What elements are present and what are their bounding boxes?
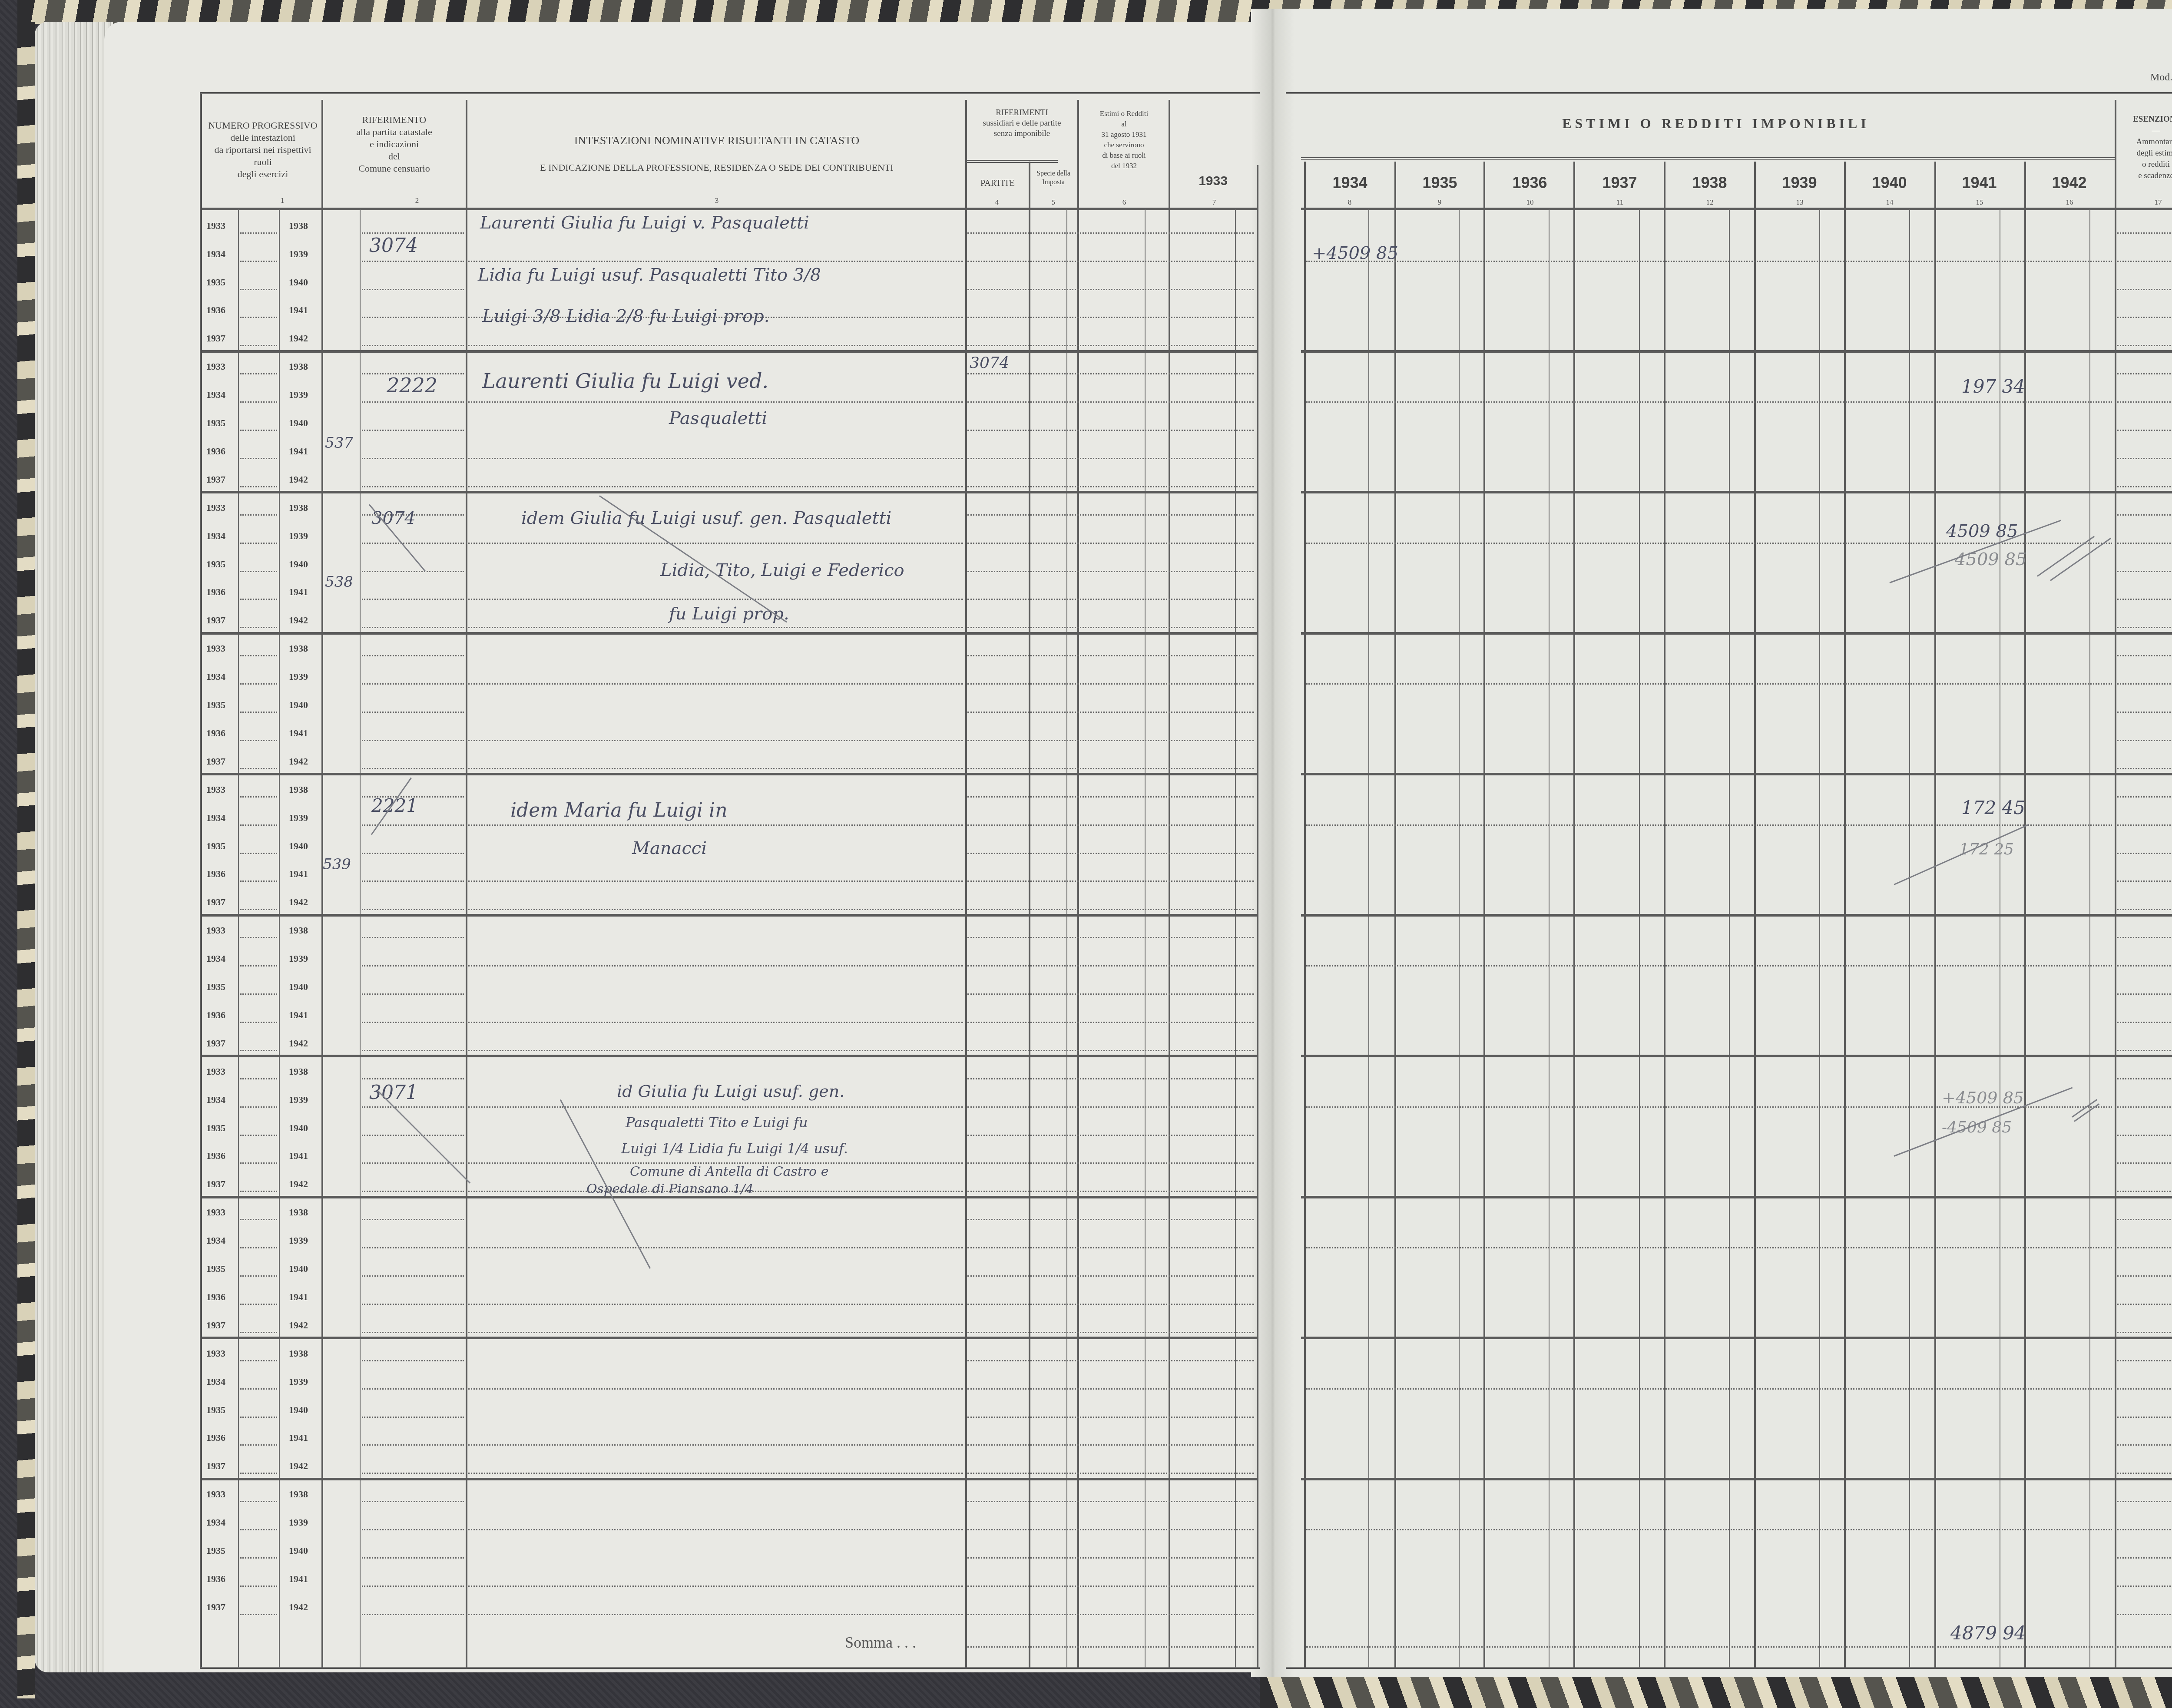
dotted-rule <box>1306 965 2112 967</box>
block-separator <box>1301 914 2172 917</box>
dotted-rule <box>967 683 1254 685</box>
dotted-rule <box>362 543 464 544</box>
dotted-rule <box>240 1247 277 1248</box>
dotted-rule <box>468 1022 963 1023</box>
dotted-rule <box>967 1586 1254 1587</box>
dotted-rule <box>967 768 1254 769</box>
header-col45-title: RIFERIMENTI <box>967 108 1077 118</box>
dotted-rule <box>2117 1388 2172 1390</box>
dotted-rule <box>2117 880 2172 882</box>
dotted-rule <box>2117 1417 2172 1418</box>
header-col2-line: e indicazioni <box>324 138 465 150</box>
dotted-rule <box>362 317 464 318</box>
dotted-rule <box>362 1614 464 1615</box>
year-label: 1938 <box>289 784 308 795</box>
col-subdivider <box>279 209 280 1668</box>
dotted-rule <box>2117 317 2172 318</box>
year-label: 1941 <box>289 1573 308 1585</box>
dotted-rule <box>2117 965 2172 967</box>
year-label: 1941 <box>289 586 308 598</box>
cents-divider <box>2000 209 2000 1668</box>
header-col1-line: delle intestazioni <box>204 132 321 144</box>
block-separator <box>202 350 1258 353</box>
dotted-rule <box>1306 824 2112 826</box>
dotted-rule <box>362 401 464 403</box>
dotted-rule <box>2117 1586 2172 1587</box>
year-label: 1933 <box>206 784 225 795</box>
block-separator <box>1301 1055 2172 1057</box>
header-col2-line: alla partita catastale <box>324 126 465 138</box>
dotted-rule <box>967 1050 1254 1051</box>
dotted-rule <box>468 1050 963 1051</box>
entry-7-ref: 3071 <box>369 1082 418 1104</box>
dotted-rule <box>240 571 277 572</box>
year-label: 1933 <box>206 1348 225 1359</box>
dotted-rule <box>362 1135 464 1136</box>
dotted-rule <box>967 1247 1254 1248</box>
dotted-rule <box>1306 1529 2112 1530</box>
year-header: 1941 <box>1935 174 2024 192</box>
entry-2-ref: 2222 <box>387 374 437 397</box>
cents-divider <box>1368 209 1369 1668</box>
header-col1: NUMERO PROGRESSIVO delle intestazioni da… <box>204 119 321 180</box>
dotted-rule <box>468 599 963 600</box>
year-label: 1942 <box>289 1038 308 1049</box>
dotted-rule <box>2117 1275 2172 1277</box>
dotted-rule <box>967 965 1254 967</box>
dotted-rule <box>2117 1106 2172 1108</box>
year-label: 1939 <box>289 1517 308 1528</box>
year-label: 1940 <box>289 699 308 711</box>
dotted-rule <box>362 909 464 910</box>
entry-3-progressive: 538 <box>325 573 353 591</box>
header-col4: PARTITE <box>967 177 1029 189</box>
year-label: 1934 <box>206 671 225 682</box>
entry-5-name-line: idem Maria fu Luigi in <box>510 799 727 821</box>
block-separator <box>202 1055 1258 1057</box>
header-col1-title: NUMERO PROGRESSIVO <box>204 119 321 132</box>
dotted-rule <box>240 599 277 600</box>
dotted-rule <box>240 1191 277 1192</box>
dotted-rule <box>967 712 1254 713</box>
dotted-rule <box>240 514 277 516</box>
year-label: 1940 <box>289 841 308 852</box>
dotted-rule <box>240 993 277 995</box>
year-label: 1933 <box>206 502 225 513</box>
dotted-rule <box>468 1444 963 1446</box>
dotted-rule <box>240 1050 277 1051</box>
dotted-rule <box>362 1106 464 1108</box>
entry-7-name-line: Luigi 1/4 Lidia fu Luigi 1/4 usuf. <box>621 1140 848 1157</box>
year-label: 1936 <box>206 586 225 598</box>
year-label: 1942 <box>289 1320 308 1331</box>
dotted-rule <box>2117 1050 2172 1051</box>
header-col5: Specie della Imposta <box>1030 169 1076 187</box>
block-separator <box>1301 632 2172 635</box>
dotted-rule <box>240 1388 277 1390</box>
dotted-rule <box>2117 1360 2172 1361</box>
cents-divider <box>2089 209 2090 1668</box>
year-label: 1941 <box>289 1150 308 1162</box>
dotted-rule <box>967 232 1254 234</box>
dotted-rule <box>967 599 1254 600</box>
column-number: 3 <box>712 196 721 205</box>
dotted-rule <box>240 880 277 882</box>
header-col1-line: degli esercizi <box>204 168 321 180</box>
dotted-rule <box>468 1529 963 1530</box>
dotted-rule <box>362 1219 464 1220</box>
dotted-rule <box>967 571 1254 572</box>
year-label: 1939 <box>289 953 308 964</box>
header-col17-line: degli estimi <box>2116 148 2172 159</box>
dotted-rule <box>240 1332 277 1333</box>
dotted-rule <box>1306 401 2112 403</box>
block-separator <box>1301 491 2172 493</box>
year-label: 1935 <box>206 277 225 288</box>
dotted-rule <box>468 880 963 882</box>
dotted-rule <box>362 1332 464 1333</box>
dotted-rule <box>240 1586 277 1587</box>
year-label: 1935 <box>206 1404 225 1416</box>
year-header: 1935 <box>1395 174 1484 192</box>
dotted-rule <box>967 1191 1254 1192</box>
col-divider <box>1257 165 1258 1668</box>
year-label: 1941 <box>289 868 308 880</box>
header-col2-line: del <box>324 150 465 162</box>
dotted-rule <box>967 1473 1254 1474</box>
dotted-rule <box>967 373 1254 374</box>
dotted-rule <box>2117 1444 2172 1446</box>
dotted-rule <box>362 880 464 882</box>
dotted-rule <box>2117 824 2172 826</box>
dotted-rule <box>240 486 277 487</box>
entry-2-partite: 3074 <box>970 354 1010 372</box>
dotted-rule <box>967 853 1254 854</box>
dotted-rule <box>967 1106 1254 1108</box>
dotted-rule <box>362 965 464 967</box>
dotted-rule <box>362 571 464 572</box>
block-separator <box>1301 350 2172 353</box>
year-label: 1937 <box>206 897 225 908</box>
year-label: 1935 <box>206 841 225 852</box>
year-label: 1942 <box>289 756 308 767</box>
dotted-rule <box>240 1135 277 1136</box>
dotted-rule <box>240 1529 277 1530</box>
marbled-edge-bottom <box>1260 1677 2172 1708</box>
year-label: 1941 <box>289 305 308 316</box>
dotted-rule <box>967 401 1254 403</box>
dotted-rule <box>362 1275 464 1277</box>
dotted-rule <box>2117 1304 2172 1305</box>
col-divider <box>1077 100 1079 1668</box>
dotted-rule <box>2117 571 2172 572</box>
year-label: 1940 <box>289 1545 308 1556</box>
header-col6-title: Estimi o Redditi <box>1079 109 1169 119</box>
dotted-rule <box>468 1247 963 1248</box>
entry-1-value-1934: +4509 85 <box>1312 243 1398 263</box>
year-label: 1940 <box>289 981 308 993</box>
year-header: 1937 <box>1575 174 1664 192</box>
header-col2-line: Comune censuario <box>324 162 465 175</box>
col-divider <box>466 100 467 1668</box>
dotted-rule <box>240 1501 277 1502</box>
dotted-rule <box>468 1106 963 1108</box>
dotted-rule <box>468 401 963 403</box>
dotted-rule <box>240 458 277 459</box>
dotted-rule <box>2117 1162 2172 1164</box>
year-label: 1933 <box>206 361 225 372</box>
year-label: 1937 <box>206 1602 225 1613</box>
dotted-rule <box>362 1473 464 1474</box>
dotted-rule <box>967 740 1254 741</box>
dotted-rule <box>2117 853 2172 854</box>
page-stack-left <box>35 22 113 1672</box>
dotted-rule <box>362 655 464 656</box>
cents-divider <box>1909 209 1910 1668</box>
dotted-rule <box>1306 261 2112 262</box>
dotted-rule <box>468 458 963 459</box>
year-label: 1939 <box>289 1094 308 1106</box>
dotted-rule <box>2117 1078 2172 1079</box>
dotted-rule <box>967 430 1254 431</box>
header-col6-line: 31 agosto 1931 <box>1079 129 1169 140</box>
header-col17: ESENZIONI — Ammontare degli estimi o red… <box>2116 114 2172 182</box>
dotted-rule <box>362 627 464 628</box>
dotted-rule <box>240 289 277 290</box>
column-number: 12 <box>1703 198 1716 207</box>
year-label: 1936 <box>206 868 225 880</box>
dotted-rule <box>362 486 464 487</box>
year-header: 1938 <box>1665 174 1754 192</box>
dotted-rule <box>967 1388 1254 1390</box>
dotted-rule <box>468 1614 963 1615</box>
year-label: 1940 <box>289 1404 308 1416</box>
header-col17-title: ESENZIONI <box>2116 114 2172 125</box>
dotted-rule <box>468 1304 963 1305</box>
year-label: 1942 <box>289 333 308 344</box>
year-label: 1938 <box>289 925 308 936</box>
entry-2-name-line: Pasqualetti <box>669 408 767 428</box>
header-col45: RIFERIMENTI sussidiari e delle partite s… <box>967 108 1077 139</box>
dotted-rule <box>2117 599 2172 600</box>
year-header: 1939 <box>1755 174 1844 192</box>
dotted-rule <box>2117 1614 2172 1615</box>
dotted-rule <box>468 1388 963 1390</box>
dotted-rule <box>468 1473 963 1474</box>
year-label: 1934 <box>206 530 225 542</box>
dotted-rule <box>967 880 1254 882</box>
year-label: 1936 <box>206 1573 225 1585</box>
dotted-rule <box>2117 543 2172 544</box>
year-label: 1933 <box>206 1207 225 1218</box>
entry-3-value-1941: 4509 85 <box>1946 521 2018 541</box>
dotted-rule <box>240 1360 277 1361</box>
year-label: 1937 <box>206 615 225 626</box>
dotted-rule <box>468 543 963 544</box>
year-label: 1935 <box>206 1263 225 1274</box>
dotted-rule <box>362 1360 464 1361</box>
year-label: 1942 <box>289 1460 308 1472</box>
somma-rule <box>967 1646 1254 1648</box>
year-label: 1936 <box>206 1291 225 1303</box>
year-label: 1934 <box>206 1094 225 1106</box>
column-number: 4 <box>993 198 1001 207</box>
year-label: 1934 <box>206 389 225 401</box>
header-col6-line: del 1932 <box>1079 161 1169 171</box>
dotted-rule <box>967 1078 1254 1079</box>
dotted-rule <box>1306 1247 2112 1248</box>
dotted-rule <box>240 1022 277 1023</box>
block-separator <box>202 1337 1258 1339</box>
dotted-rule <box>240 232 277 234</box>
dotted-rule <box>240 373 277 374</box>
block-separator <box>1301 773 2172 775</box>
year-label: 1937 <box>206 333 225 344</box>
entry-2-progressive: 537 <box>325 434 353 452</box>
header-col6-line: che servirono <box>1079 140 1169 150</box>
year-label: 1936 <box>206 1010 225 1021</box>
header-col17-line: Ammontare <box>2116 136 2172 148</box>
dotted-rule <box>362 993 464 995</box>
entry-5-value-1941: 172 45 <box>1961 797 2025 818</box>
dotted-rule <box>240 683 277 685</box>
column-number: 1 <box>278 196 287 205</box>
entry-3-ref: 3074 <box>371 508 416 528</box>
header-col3-title: INTESTAZIONI NOMINATIVE RISULTANTI IN CA… <box>469 135 964 147</box>
dotted-rule <box>2117 937 2172 938</box>
year-label: 1942 <box>289 474 308 485</box>
year-label: 1940 <box>289 277 308 288</box>
year-label: 1941 <box>289 1432 308 1443</box>
entry-7-name-line: id Giulia fu Luigi usuf. gen. <box>617 1082 844 1101</box>
dotted-rule <box>2117 458 2172 459</box>
column-number: 13 <box>1793 198 1806 207</box>
dotted-rule <box>240 909 277 910</box>
entry-1-ref: 3074 <box>369 235 418 257</box>
header-col3-subtitle: E INDICAZIONE DELLA PROFESSIONE, RESIDEN… <box>469 162 964 174</box>
entry-1-name-line: Luigi 3/8 Lidia 2/8 fu Luigi prop. <box>482 306 769 326</box>
year-label: 1935 <box>206 1122 225 1134</box>
year-label: 1938 <box>289 502 308 513</box>
header-col1-line: da riportarsi nei rispettivi ruoli <box>204 144 321 168</box>
year-header: 1940 <box>1845 174 1934 192</box>
block-separator <box>1301 1337 2172 1339</box>
dotted-rule <box>967 796 1254 798</box>
year-label: 1941 <box>289 446 308 457</box>
dotted-rule <box>967 1444 1254 1446</box>
somma-rule <box>1306 1646 2172 1648</box>
year-label: 1937 <box>206 1038 225 1049</box>
dotted-rule <box>2117 1529 2172 1530</box>
dotted-rule <box>240 740 277 741</box>
year-label: 1939 <box>289 1376 308 1387</box>
col-subdivider <box>1235 209 1236 1668</box>
dotted-rule <box>362 1050 464 1051</box>
dotted-rule <box>362 345 464 346</box>
column-number: 10 <box>1523 198 1536 207</box>
column-number: 7 <box>1210 198 1218 207</box>
year-label: 1939 <box>289 812 308 824</box>
dotted-rule <box>240 627 277 628</box>
year-label: 1941 <box>289 728 308 739</box>
year-label: 1938 <box>289 220 308 232</box>
year-label: 1940 <box>289 417 308 429</box>
dotted-rule <box>240 655 277 656</box>
dotted-rule <box>468 909 963 910</box>
dotted-rule <box>240 1473 277 1474</box>
header-rule-right <box>1301 208 2172 210</box>
year-label: 1935 <box>206 559 225 570</box>
entry-5-name-line: Manacci <box>632 838 707 858</box>
col-subdivider <box>360 209 361 1668</box>
entry-3-name-line: idem Giulia fu Luigi usuf. gen. Pasquale… <box>521 508 891 528</box>
dotted-rule <box>362 853 464 854</box>
somma-label: Somma . . . <box>845 1633 916 1652</box>
year-label: 1935 <box>206 699 225 711</box>
dotted-rule <box>362 1501 464 1502</box>
dotted-rule <box>240 1557 277 1559</box>
year-label: 1935 <box>206 1545 225 1556</box>
year-label: 1936 <box>206 1432 225 1443</box>
dotted-rule <box>967 1360 1254 1361</box>
dotted-rule <box>362 1078 464 1079</box>
dotted-rule <box>240 1078 277 1079</box>
year-label: 1942 <box>289 1602 308 1613</box>
dotted-rule <box>967 317 1254 318</box>
dotted-rule <box>362 261 464 262</box>
dotted-rule <box>468 740 963 741</box>
year-header: 1934 <box>1305 174 1394 192</box>
year-label: 1933 <box>206 1066 225 1077</box>
year-header: 1936 <box>1485 174 1574 192</box>
column-number: 8 <box>1345 198 1354 207</box>
column-number: 6 <box>1120 198 1129 207</box>
column-number: 14 <box>1883 198 1896 207</box>
col-divider <box>321 100 323 1668</box>
year-label: 1938 <box>289 1066 308 1077</box>
entry-7-name-line: Comune di Antella di Castro e <box>630 1164 828 1179</box>
dotted-rule <box>967 486 1254 487</box>
year-label: 1934 <box>206 953 225 964</box>
block-separator <box>1301 1478 2172 1480</box>
dotted-rule <box>240 796 277 798</box>
year-header-1933: 1933 <box>1171 174 1255 189</box>
year-label: 1937 <box>206 474 225 485</box>
dotted-rule <box>240 712 277 713</box>
dotted-rule <box>240 965 277 967</box>
dotted-rule <box>362 1444 464 1446</box>
dotted-rule <box>362 768 464 769</box>
dotted-rule <box>967 345 1254 346</box>
dotted-rule <box>468 486 963 487</box>
dotted-rule <box>2117 401 2172 403</box>
dotted-rule <box>967 1501 1254 1502</box>
dotted-rule <box>362 1417 464 1418</box>
dotted-rule <box>2117 740 2172 741</box>
year-label: 1936 <box>206 305 225 316</box>
dotted-rule <box>967 1557 1254 1559</box>
marbled-edge-left <box>17 22 35 1698</box>
year-label: 1936 <box>206 1150 225 1162</box>
dotted-rule <box>967 514 1254 516</box>
year-label: 1938 <box>289 643 308 654</box>
year-label: 1939 <box>289 248 308 260</box>
col-subdivider <box>238 209 239 1668</box>
year-label: 1939 <box>289 530 308 542</box>
year-label: 1936 <box>206 728 225 739</box>
dotted-rule <box>2117 430 2172 431</box>
col-subdivider <box>1145 209 1146 1668</box>
